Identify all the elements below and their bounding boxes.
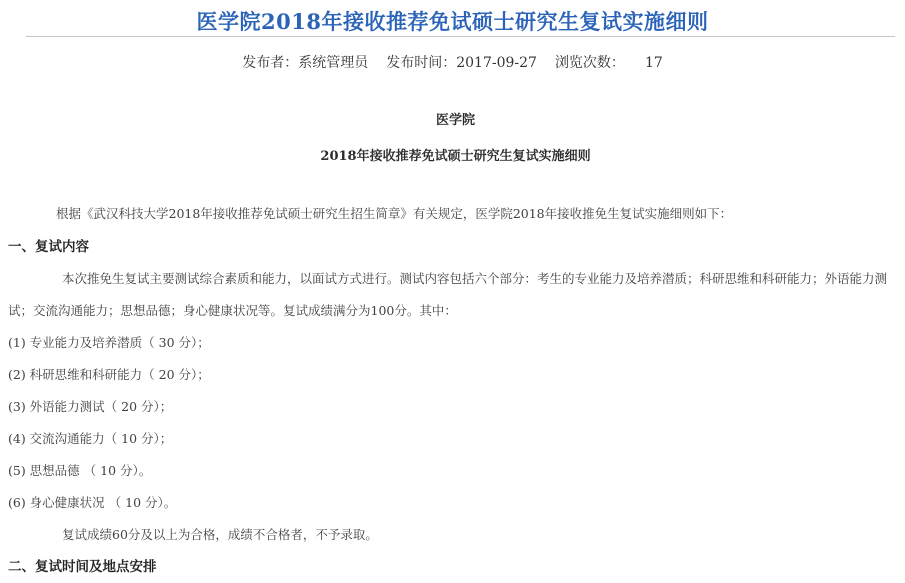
publish-time-value: 2017-09-27 xyxy=(456,55,537,71)
doc-heading-subject: 2018年接收推荐免试硕士研究生复试实施细则 xyxy=(8,141,903,173)
header-divider xyxy=(26,36,895,37)
publisher-label: 发布者： xyxy=(242,55,298,71)
article-header: 医学院2018年接收推荐免试硕士研究生复试实施细则 xyxy=(0,0,905,36)
article-page: 医学院2018年接收推荐免试硕士研究生复试实施细则 发布者：系统管理员 发布时间… xyxy=(0,0,905,583)
publish-time-field: 发布时间：2017-09-27 xyxy=(386,53,537,73)
view-count-label: 浏览次数： xyxy=(555,55,625,71)
publisher-field: 发布者：系统管理员 xyxy=(242,53,368,73)
score-item-5: (5) 思想品德 （ 10 分）。 xyxy=(8,455,903,487)
view-count-field: 浏览次数：17 xyxy=(555,53,663,73)
score-item-1: (1) 专业能力及培养潜质（ 30 分）； xyxy=(8,327,903,359)
score-item-6: (6) 身心健康状况 （ 10 分）。 xyxy=(8,487,903,519)
publish-time-label: 发布时间： xyxy=(386,55,456,71)
section2-heading: 二、复试时间及地点安排 xyxy=(8,551,903,583)
intro-paragraph: 根据《武汉科技大学2018年接收推荐免试硕士研究生招生简章》有关规定，医学院20… xyxy=(8,198,903,230)
score-item-4: (4) 交流沟通能力（ 10 分）； xyxy=(8,423,903,455)
pass-rule-paragraph: 复试成绩60分及以上为合格，成绩不合格者，不予录取。 xyxy=(8,519,903,551)
page-title: 医学院2018年接收推荐免试硕士研究生复试实施细则 xyxy=(0,7,905,36)
score-item-2: (2) 科研思维和科研能力（ 20 分）； xyxy=(8,359,903,391)
score-item-3: (3) 外语能力测试（ 20 分）； xyxy=(8,391,903,423)
doc-heading-institution: 医学院 xyxy=(8,105,903,137)
article-meta-bar: 发布者：系统管理员 发布时间：2017-09-27 浏览次数：17 xyxy=(0,53,905,73)
section1-heading: 一、复试内容 xyxy=(8,231,903,263)
publisher-value: 系统管理员 xyxy=(298,55,368,71)
document-body: 医学院 2018年接收推荐免试硕士研究生复试实施细则 根据《武汉科技大学2018… xyxy=(8,105,903,583)
view-count-value: 17 xyxy=(645,55,663,71)
section1-paragraph: 本次推免生复试主要测试综合素质和能力，以面试方式进行。测试内容包括六个部分：考生… xyxy=(8,263,903,327)
